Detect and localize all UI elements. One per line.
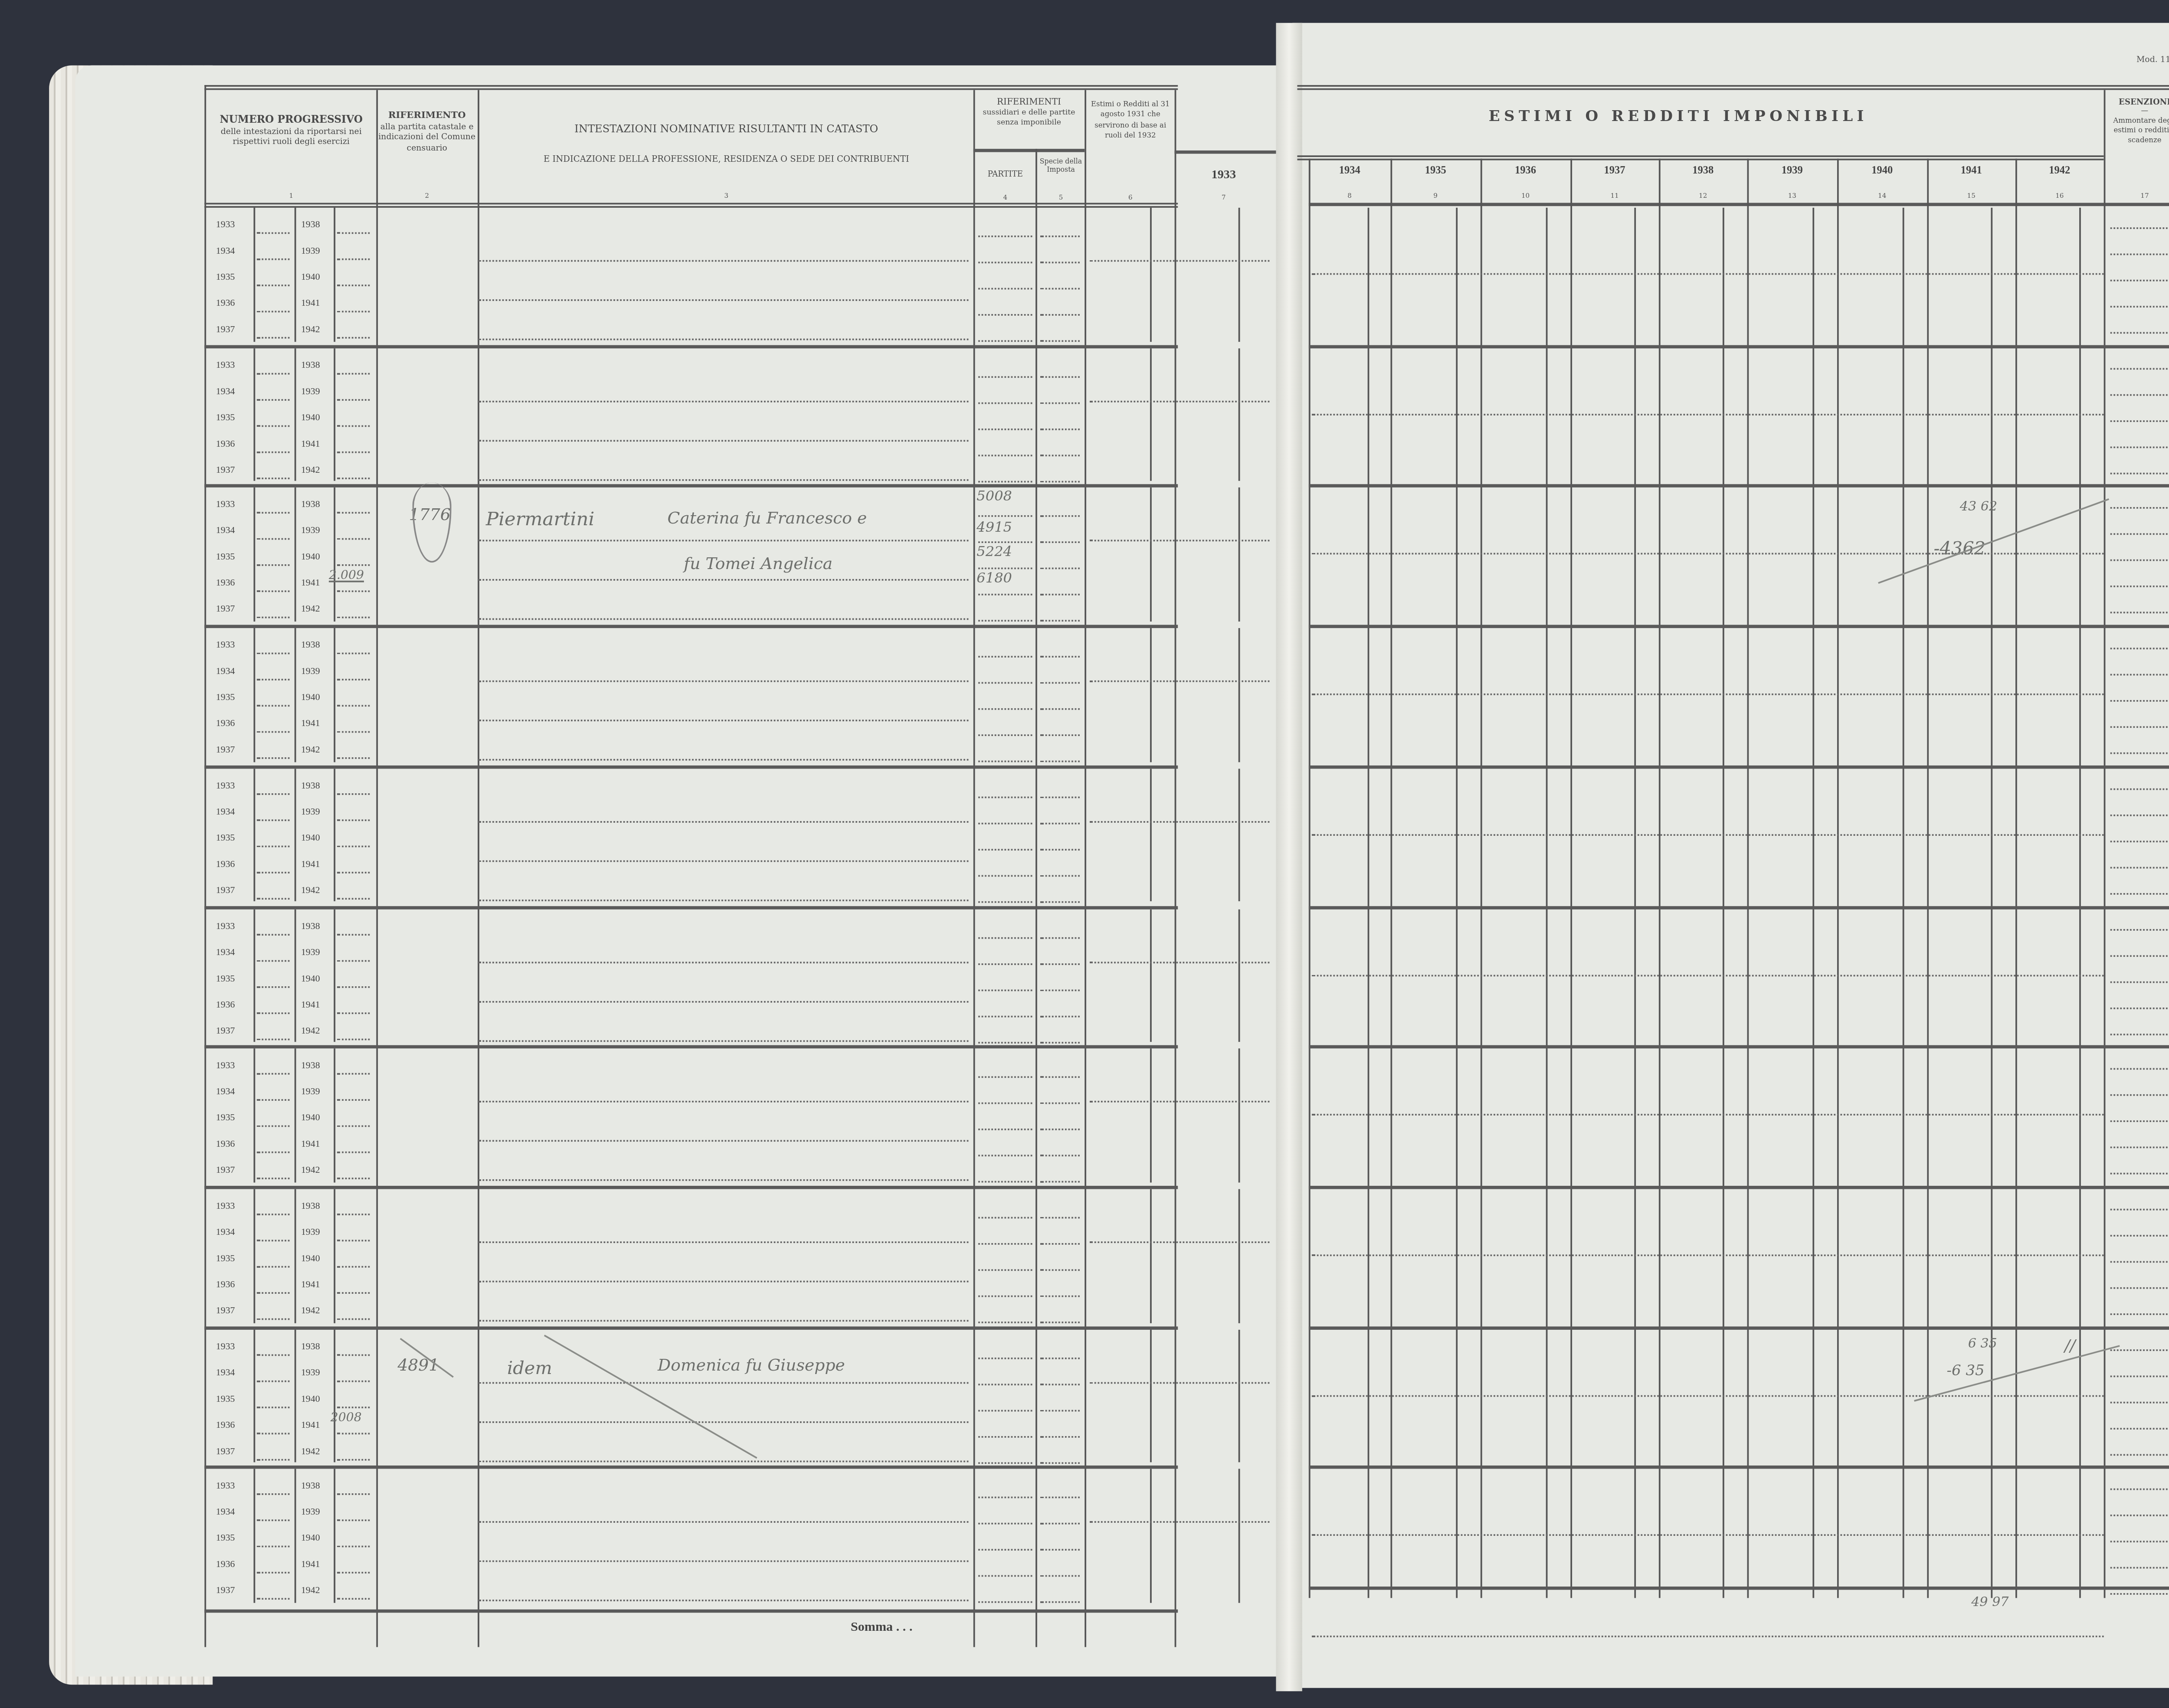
row-year-right: 1938 (301, 782, 320, 792)
row-year-left: 1933 (216, 1202, 235, 1212)
year-column-number: 14 (1837, 191, 1927, 200)
col5-header: Specie della Imposta (1037, 157, 1084, 173)
row-year-left: 1934 (216, 387, 235, 397)
col17-number: 17 (2105, 191, 2169, 200)
row-year-right: 1939 (301, 1368, 320, 1378)
row-year-right: 1939 (301, 527, 320, 537)
year-column-number: 15 (1927, 191, 2015, 200)
row-year-right: 1940 (301, 413, 320, 423)
year-column-header: 1934 (1309, 165, 1391, 177)
col2-number: 2 (378, 191, 476, 200)
year-column-header: 1937 (1570, 165, 1659, 177)
col7-year-header: 1933 (1178, 167, 1269, 182)
row-year-right: 1941 (301, 579, 320, 589)
row-year-left: 1936 (216, 1140, 235, 1150)
row-year-right: 1940 (301, 273, 320, 283)
right-page (1292, 23, 2169, 1688)
entry-name-line1: Caterina fu Francesco e (668, 510, 867, 528)
row-year-right: 1940 (301, 974, 320, 984)
col4-number: 4 (975, 193, 1036, 201)
col7-number: 7 (1178, 193, 1269, 201)
row-year-left: 1937 (216, 1307, 235, 1317)
row-year-right: 1942 (301, 606, 320, 616)
row-year-right: 1938 (301, 361, 320, 371)
book-gutter (1276, 23, 1302, 1692)
row-year-left: 1936 (216, 1000, 235, 1010)
row-year-left: 1936 (216, 299, 235, 309)
row-year-left: 1937 (216, 1447, 235, 1457)
entry-name-line1: Domenica fu Giuseppe (658, 1358, 845, 1375)
row-year-left: 1934 (216, 948, 235, 958)
col5-number: 5 (1037, 193, 1084, 201)
row-year-left: 1934 (216, 1088, 235, 1098)
row-year-left: 1936 (216, 860, 235, 870)
row-year-right: 1940 (301, 553, 320, 563)
row-year-left: 1937 (216, 325, 235, 335)
row-year-right: 1939 (301, 808, 320, 818)
entry-riferimento: 4891 (397, 1358, 439, 1375)
year-column-header: 1936 (1481, 165, 1570, 177)
row-year-left: 1933 (216, 1062, 235, 1072)
row-year-right: 1938 (301, 641, 320, 651)
row-year-left: 1935 (216, 273, 235, 283)
row-year-left: 1935 (216, 1254, 235, 1264)
year-column-number: 16 (2015, 191, 2104, 200)
row-year-right: 1941 (301, 1561, 320, 1571)
row-year-right: 1938 (301, 1062, 320, 1072)
row-year-left: 1933 (216, 922, 235, 932)
row-year-left: 1937 (216, 466, 235, 476)
row-year-right: 1938 (301, 1202, 320, 1212)
row-year-right: 1942 (301, 1167, 320, 1177)
model-label: Mod. 111 - Imposte Dirette (Intercalare)… (2136, 56, 2169, 65)
row-year-left: 1936 (216, 1561, 235, 1571)
col2-header: RIFERIMENTO alla partita catastale e ind… (378, 111, 476, 154)
row-year-right: 1939 (301, 247, 320, 257)
estimo-1941-value: 43 62 (1960, 499, 1997, 514)
row-year-left: 1934 (216, 808, 235, 818)
row-year-right: 1941 (301, 1421, 320, 1431)
col6-header: Estimi o Redditi al 31 agosto 1931 che s… (1086, 101, 1175, 144)
row-year-left: 1935 (216, 553, 235, 563)
row-year-left: 1937 (216, 886, 235, 896)
year-column-number: 8 (1309, 191, 1391, 200)
somma-1941-value: 49 97 (1971, 1595, 2008, 1610)
row-year-right: 1938 (301, 1482, 320, 1492)
row-year-right: 1939 (301, 1508, 320, 1518)
row-year-left: 1934 (216, 667, 235, 677)
year-column-header: 1942 (2015, 165, 2104, 177)
document-scan: NUMERO PROGRESSIVO delle intestazioni da… (0, 0, 2169, 1708)
row-year-left: 1933 (216, 501, 235, 511)
entry-surname: Piermartini (486, 507, 594, 530)
row-year-left: 1934 (216, 247, 235, 257)
row-year-left: 1933 (216, 1482, 235, 1492)
row-year-right: 1939 (301, 667, 320, 677)
year-column-header: 1940 (1837, 165, 1927, 177)
entry-mark: // (2064, 1338, 2075, 1356)
row-year-left: 1934 (216, 1228, 235, 1238)
left-page (75, 65, 1286, 1677)
somma-label: Somma . . . (851, 1619, 912, 1634)
year-column-number: 13 (1747, 191, 1837, 200)
row-year-left: 1936 (216, 579, 235, 589)
row-year-left: 1935 (216, 413, 235, 423)
row-year-right: 1940 (301, 694, 320, 703)
row-year-right: 1942 (301, 886, 320, 896)
row-year-left: 1936 (216, 1280, 235, 1290)
row-year-right: 1938 (301, 501, 320, 511)
row-year-left: 1937 (216, 1026, 235, 1036)
entry-surname: idem (507, 1358, 552, 1379)
partita-value: 4915 (976, 520, 1012, 537)
row-year-right: 1942 (301, 1587, 320, 1597)
entry-name-line2: fu Tomei Angelica (684, 556, 832, 574)
row-year-right: 1942 (301, 746, 320, 756)
row-year-right: 1940 (301, 834, 320, 844)
year-column-number: 10 (1481, 191, 1570, 200)
row-year-right: 1941 (301, 1000, 320, 1010)
row-year-left: 1935 (216, 694, 235, 703)
col3-subheader: E INDICAZIONE DELLA PROFESSIONE, RESIDEN… (481, 155, 972, 168)
row-year-right: 1941 (301, 299, 320, 309)
row-year-left: 1934 (216, 1368, 235, 1378)
row-year-right: 1941 (301, 720, 320, 730)
row-year-left: 1935 (216, 834, 235, 844)
row-year-left: 1937 (216, 746, 235, 756)
year-column-header: 1935 (1390, 165, 1480, 177)
row-year-right: 1940 (301, 1535, 320, 1544)
year-column-header: 1941 (1927, 165, 2015, 177)
row-year-right: 1938 (301, 221, 320, 231)
row-year-left: 1937 (216, 1587, 235, 1597)
esenzioni-header: ESENZIONI — Ammontare degli estimi o red… (2105, 98, 2169, 147)
col1-number: 1 (210, 191, 373, 200)
row-year-left: 1936 (216, 720, 235, 730)
col45-header: RIFERIMENTI sussidiari e delle partite s… (975, 100, 1083, 128)
row-year-left: 1933 (216, 361, 235, 371)
row-year-left: 1934 (216, 527, 235, 537)
row-year-right: 1941 (301, 439, 320, 449)
year-column-number: 11 (1570, 191, 1659, 200)
col1-header: NUMERO PROGRESSIVO delle intestazioni da… (210, 115, 373, 148)
year-column-number: 9 (1390, 191, 1480, 200)
row-year-left: 1935 (216, 1114, 235, 1124)
row-year-right: 1941 (301, 1140, 320, 1150)
row-year-left: 1935 (216, 1394, 235, 1404)
row-year-right: 1942 (301, 466, 320, 476)
row-year-left: 1937 (216, 606, 235, 616)
row-year-right: 1939 (301, 387, 320, 397)
entry-progressivo: 2008 (331, 1410, 362, 1425)
row-year-right: 1942 (301, 325, 320, 335)
row-year-right: 1938 (301, 1342, 320, 1352)
row-year-right: 1939 (301, 1228, 320, 1238)
year-column-header: 1938 (1659, 165, 1747, 177)
estimo-1941-correction: -4362 (1933, 538, 1986, 560)
section-title: ESTIMI O REDDITI IMPONIBILI (1489, 110, 1868, 126)
row-year-right: 1938 (301, 922, 320, 932)
col4-header: PARTITE (975, 170, 1036, 183)
col3-header: INTESTAZIONI NOMINATIVE RISULTANTI IN CA… (481, 124, 972, 137)
year-column-header: 1939 (1747, 165, 1837, 177)
row-year-right: 1941 (301, 860, 320, 870)
year-column-number: 12 (1659, 191, 1747, 200)
partita-value: 5008 (976, 489, 1012, 506)
row-year-right: 1939 (301, 948, 320, 958)
row-year-left: 1935 (216, 974, 235, 984)
entry-progressivo: 2.009 (329, 568, 364, 582)
row-year-right: 1942 (301, 1447, 320, 1457)
row-year-right: 1942 (301, 1026, 320, 1036)
row-year-left: 1935 (216, 1535, 235, 1544)
row-year-left: 1936 (216, 439, 235, 449)
row-year-right: 1941 (301, 1280, 320, 1290)
row-year-right: 1940 (301, 1394, 320, 1404)
row-year-left: 1934 (216, 1508, 235, 1518)
row-year-left: 1936 (216, 1421, 235, 1431)
partita-value: 5224 (976, 545, 1012, 561)
row-year-left: 1937 (216, 1167, 235, 1177)
col6-number: 6 (1086, 193, 1175, 201)
row-year-right: 1939 (301, 1088, 320, 1098)
estimo-1941-correction: -6 35 (1947, 1364, 1985, 1381)
partita-value: 6180 (976, 571, 1012, 587)
row-year-right: 1942 (301, 1307, 320, 1317)
row-year-right: 1940 (301, 1254, 320, 1264)
row-year-right: 1940 (301, 1114, 320, 1124)
col3-number: 3 (481, 191, 972, 200)
row-year-left: 1933 (216, 221, 235, 231)
estimo-1941-value: 6 35 (1968, 1336, 1997, 1351)
row-year-left: 1933 (216, 782, 235, 792)
row-year-left: 1933 (216, 1342, 235, 1352)
row-year-left: 1933 (216, 641, 235, 651)
